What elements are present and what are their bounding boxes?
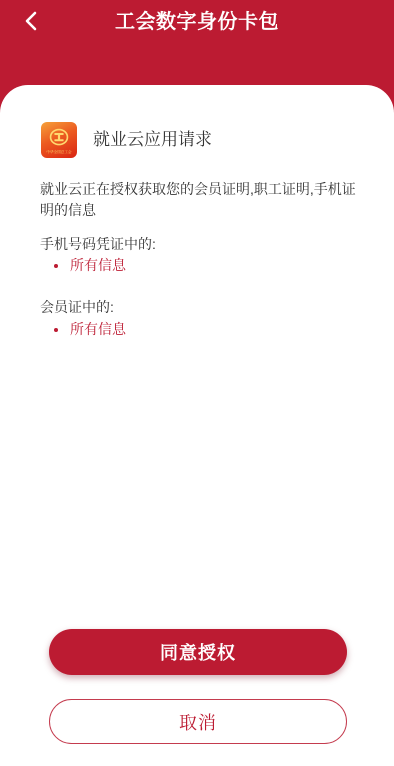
scope-item: 所有信息 [54,321,126,338]
app-identity-row: 中华全国总工会 就业云应用请求 [41,122,364,158]
authorization-page: 工会数字身份卡包 中华全国总工会 就业云应用请求 就业云正在授权获取您的会员证明… [0,0,394,766]
scope-item: 所有信息 [54,257,126,274]
authorization-description: 就业云正在授权获取您的会员证明,职工证明,手机证明的信息 [40,179,362,221]
bullet-dot-icon [54,264,58,268]
app-header: 工会数字身份卡包 [0,0,394,85]
chevron-left-icon [24,11,37,36]
back-button[interactable] [14,8,46,38]
app-request-title: 就业云应用请求 [93,128,212,152]
union-emblem-icon [48,127,70,149]
agree-authorize-button[interactable]: 同意授权 [49,629,347,675]
cancel-button[interactable]: 取消 [49,699,347,744]
union-logo-caption: 中华全国总工会 [46,149,71,154]
authorization-card: 中华全国总工会 就业云应用请求 就业云正在授权获取您的会员证明,职工证明,手机证… [0,85,394,766]
scope-section-label-phone: 手机号码凭证中的: [40,236,156,253]
scope-section-label-membership: 会员证中的: [40,299,114,316]
scope-item-label: 所有信息 [70,257,126,274]
scope-item-label: 所有信息 [70,321,126,338]
page-title: 工会数字身份卡包 [50,9,344,35]
bullet-dot-icon [54,328,58,332]
union-app-logo-icon: 中华全国总工会 [41,122,77,158]
